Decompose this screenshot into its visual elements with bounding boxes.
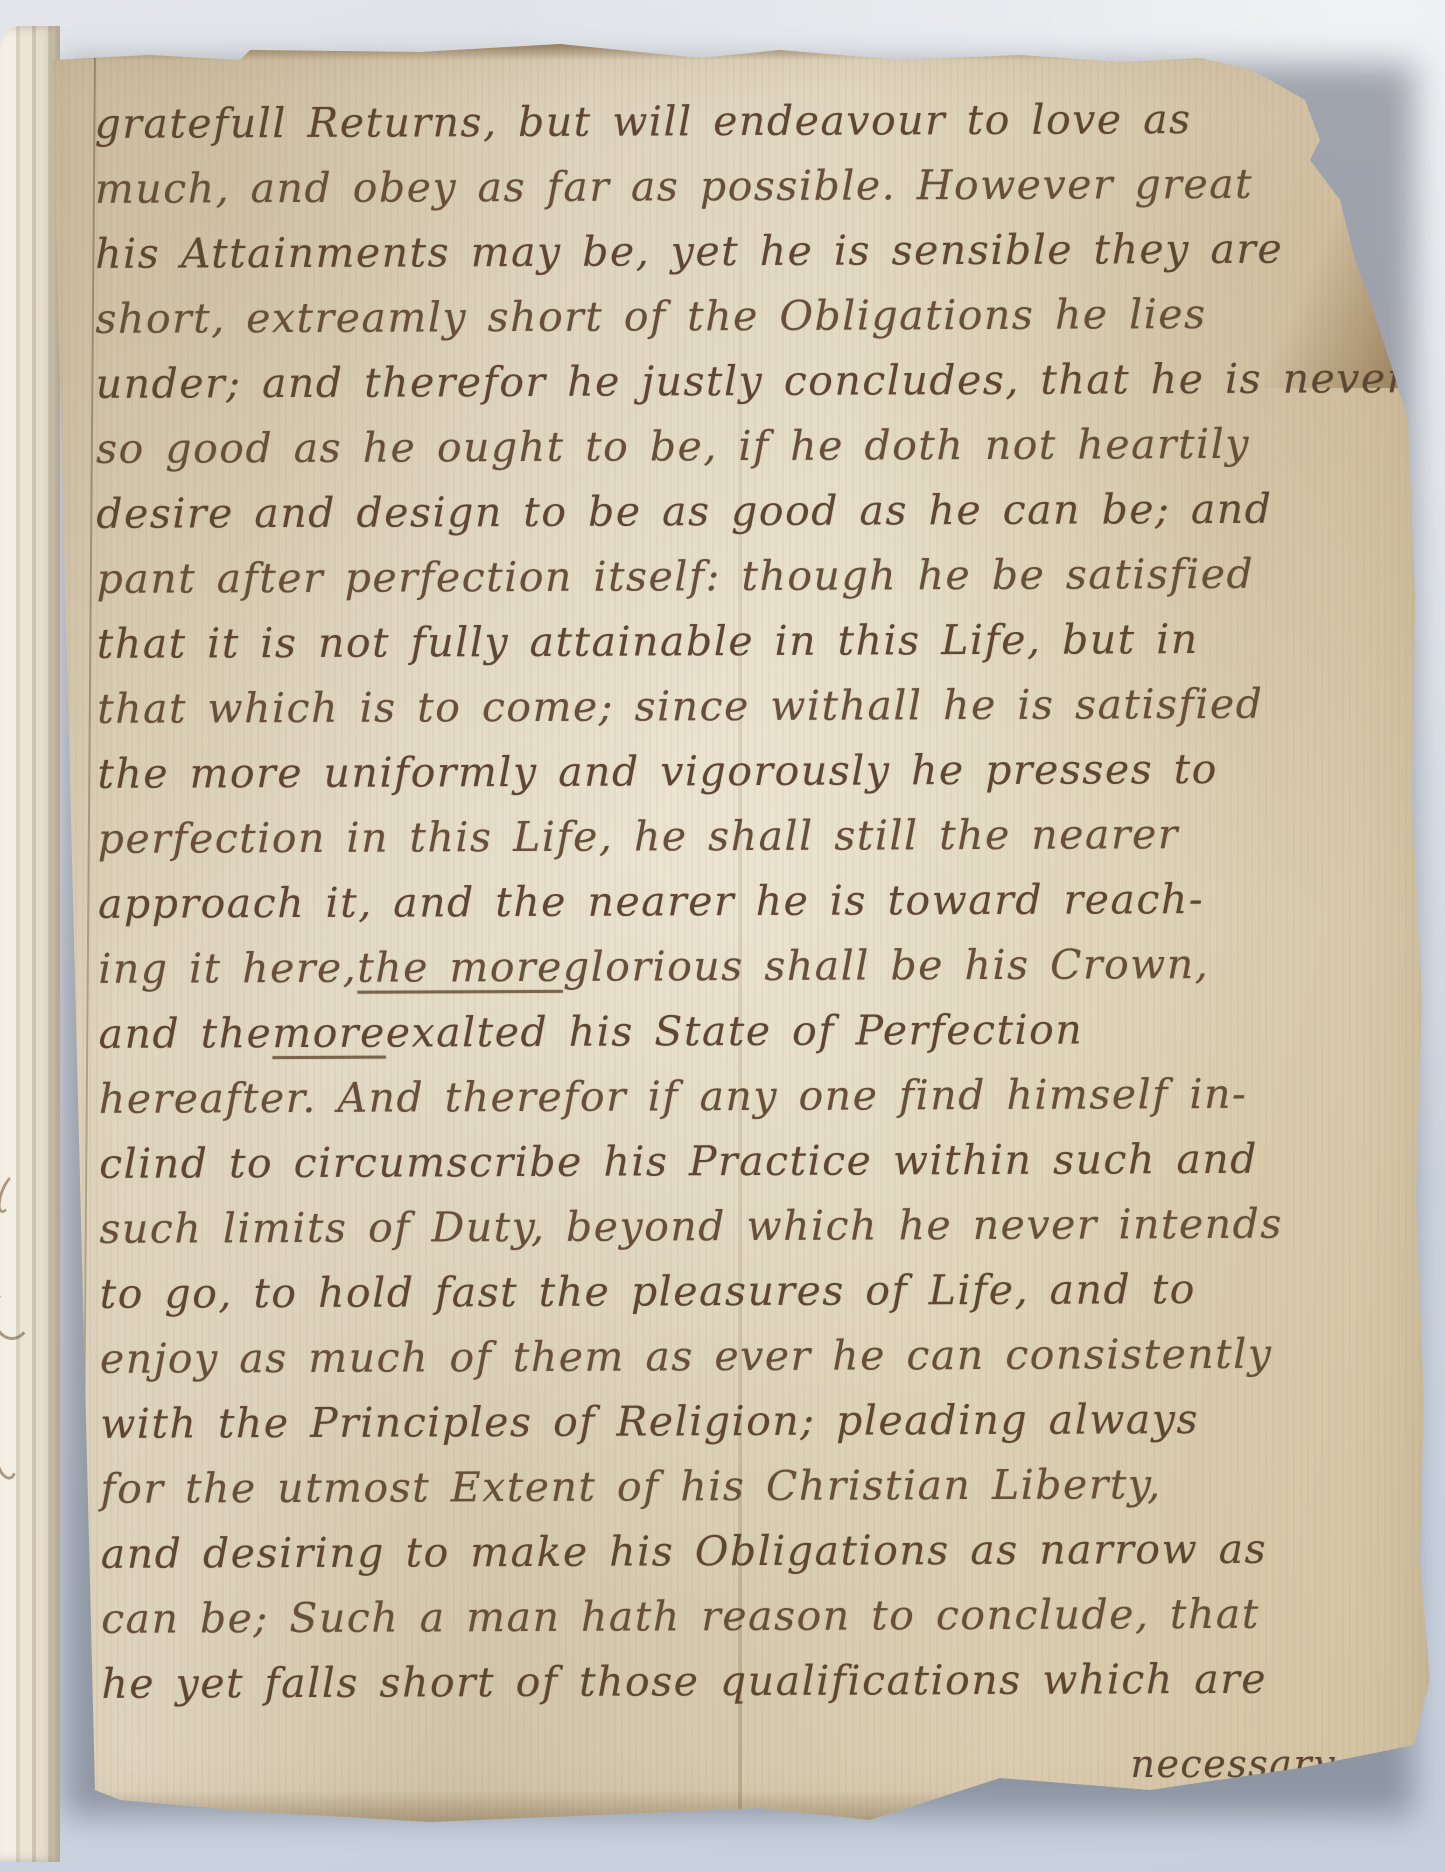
manuscript-line: and desiring to make his Obligations as …: [101, 1515, 1411, 1586]
manuscript-line: desire and design to be as good as he ca…: [96, 475, 1406, 546]
manuscript-page: gratefull Returns, but will endeavour to…: [40, 38, 1432, 1838]
manuscript-line: short, extreamly short of the Obligation…: [95, 280, 1405, 351]
edge-ink-mark: [0, 1288, 32, 1340]
manuscript-line: clind to circumscribe his Practice withi…: [99, 1125, 1409, 1196]
manuscript-line: enjoy as much of them as ever he can con…: [100, 1320, 1410, 1391]
manuscript-line: to go, to hold fast the pleasures of Lif…: [100, 1255, 1410, 1326]
manuscript-line: can be; Such a man hath reason to conclu…: [101, 1580, 1411, 1651]
manuscript-line: the more uniformly and vigorously he pre…: [97, 735, 1407, 806]
edge-ink-mark: [0, 1442, 20, 1482]
book-leaf-edges: [0, 26, 60, 1862]
manuscript-text: gratefull Returns, but will endeavour to…: [94, 85, 1411, 1716]
manuscript-line: perfection in this Life, he shall still …: [98, 800, 1408, 871]
manuscript-line: for the utmost Extent of his Christian L…: [100, 1450, 1410, 1521]
manuscript-line: pant after perfection itself: though he …: [96, 540, 1406, 611]
manuscript-line: such limits of Duty, beyond which he nev…: [99, 1190, 1409, 1261]
manuscript-line: his Attainments may be, yet he is sensib…: [95, 215, 1405, 286]
manuscript-line: under; and therefor he justly concludes,…: [96, 345, 1406, 416]
manuscript-line: with the Principles of Religion; pleadin…: [100, 1385, 1410, 1456]
manuscript-line: ing it here, the more glorious shall be …: [98, 930, 1408, 1001]
manuscript-line: hereafter. And therefor if any one find …: [99, 1060, 1409, 1131]
manuscript-line: approach it, and the nearer he is toward…: [98, 865, 1408, 936]
photo-background: gratefull Returns, but will endeavour to…: [0, 0, 1445, 1872]
edge-ink-mark: [0, 1172, 22, 1215]
manuscript-line: and the more exalted his State of Perfec…: [98, 995, 1408, 1066]
manuscript-line: he yet falls short of those qualificatio…: [101, 1645, 1411, 1716]
manuscript-line: that it is not fully attainable in this …: [97, 605, 1407, 676]
manuscript-line: gratefull Returns, but will endeavour to…: [94, 85, 1404, 156]
torn-edge-top: [40, 38, 1432, 68]
manuscript-line: that which is to come; since withall he …: [97, 670, 1407, 741]
manuscript-line: so good as he ought to be, if he doth no…: [96, 410, 1406, 481]
manuscript-line: much, and obey as far as possible. Howev…: [95, 150, 1405, 221]
